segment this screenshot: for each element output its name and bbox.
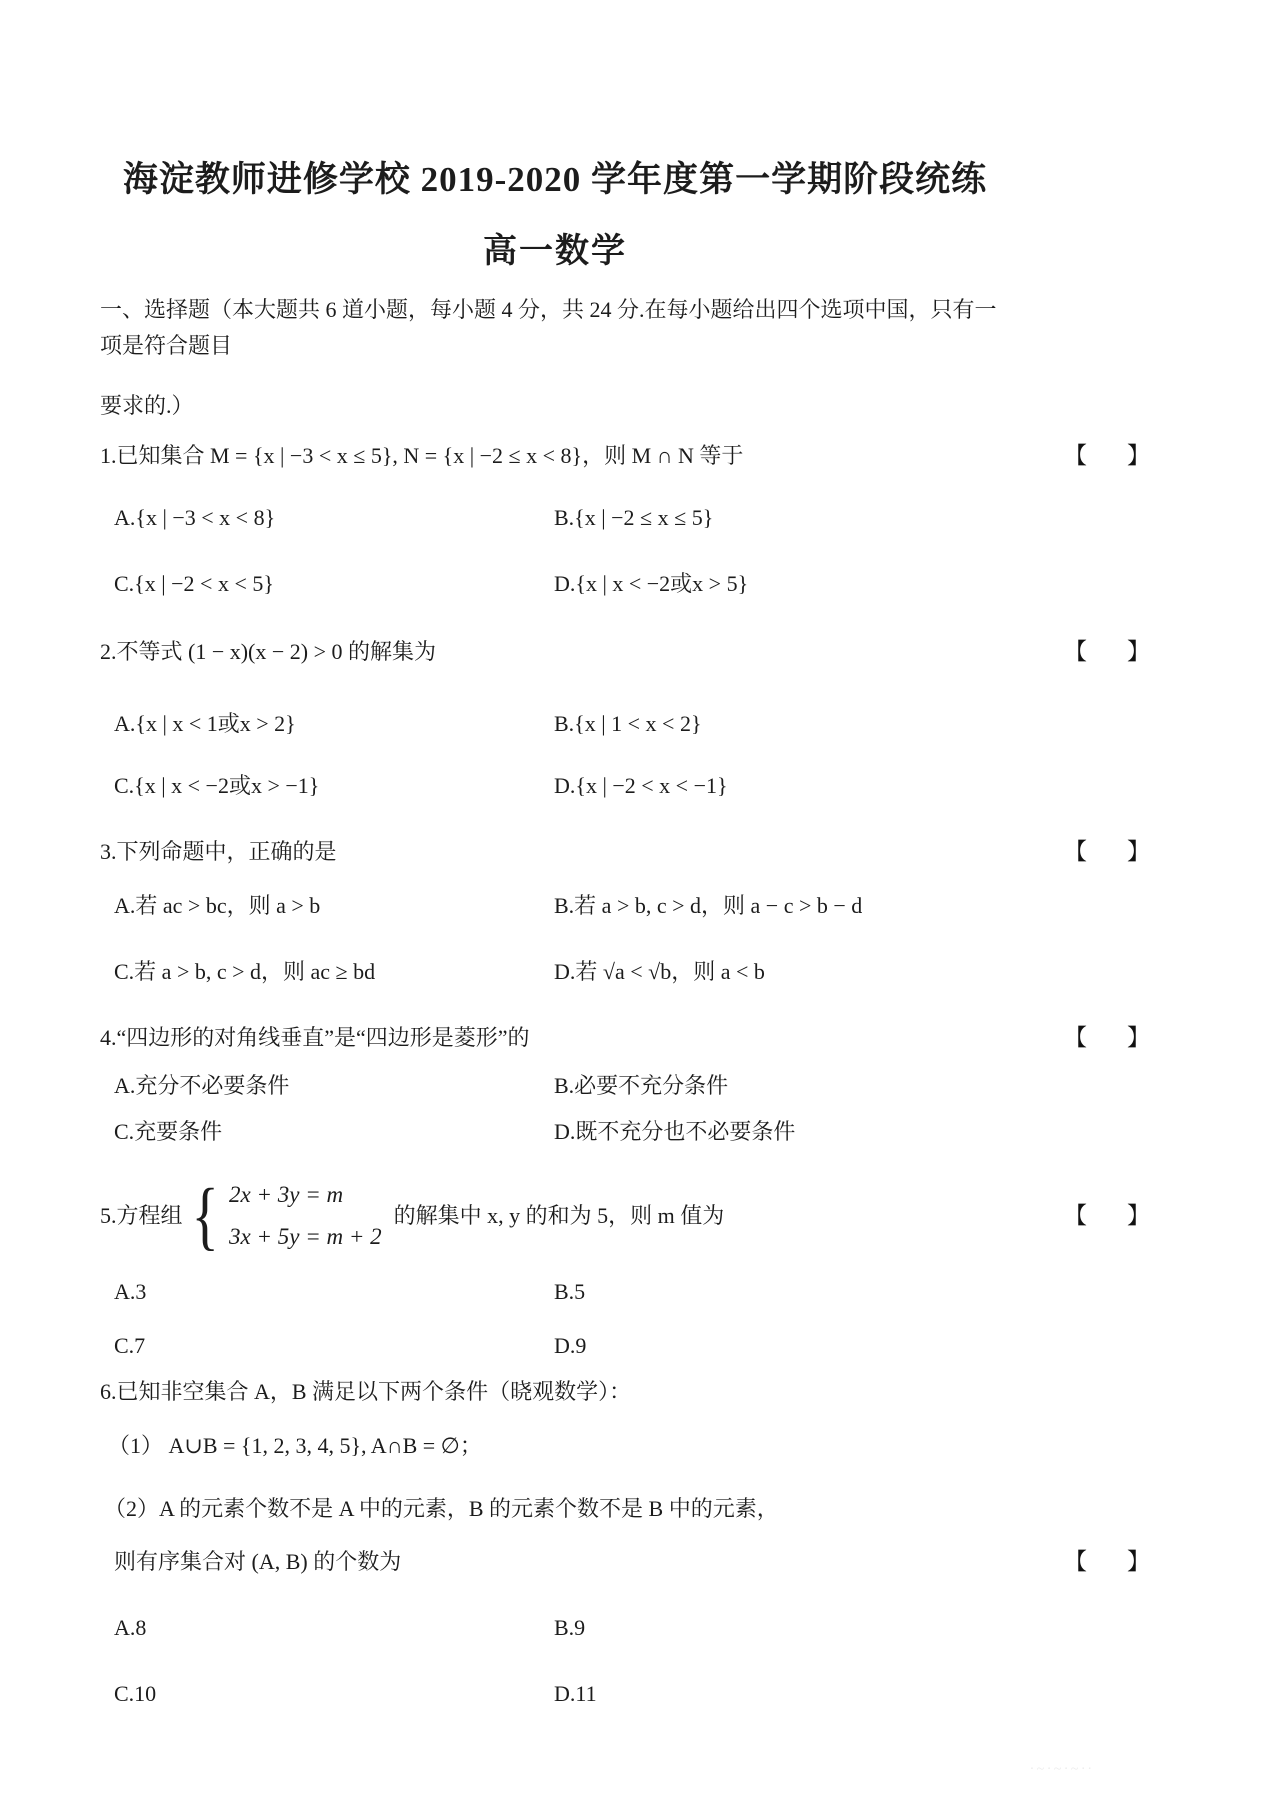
scan-artifact-mark: ·~·~·~·· xyxy=(1030,1762,1094,1778)
bracket-close: 】 xyxy=(1127,1198,1150,1234)
bracket-open: 【 xyxy=(1064,1198,1087,1234)
question-2-option-c: C.{x | x < −2或x > −1} xyxy=(114,768,554,804)
question-3-option-a: A.若 ac > bc，则 a > b xyxy=(114,888,554,924)
question-3-option-d: D.若 √a < √b，则 a < b xyxy=(554,954,1160,990)
bracket-open: 【 xyxy=(1064,438,1087,474)
bracket-close: 】 xyxy=(1127,1020,1150,1056)
bracket-open: 【 xyxy=(1064,1020,1087,1056)
question-5-option-c: C.7 xyxy=(114,1328,554,1364)
question-5-equations: 2x + 3y = m 3x + 5y = m + 2 xyxy=(229,1174,382,1258)
question-6-condition-2: （2）A 的元素个数不是 A 中的元素，B 的元素个数不是 B 中的元素， xyxy=(100,1491,1160,1527)
bracket-open: 【 xyxy=(1064,634,1087,670)
question-4-option-d: D.既不充分也不必要条件 xyxy=(554,1114,1160,1150)
bracket-close: 】 xyxy=(1127,438,1150,474)
question-3-answer-bracket: 【 】 xyxy=(1064,834,1150,870)
question-4-option-a: A.充分不必要条件 xyxy=(114,1068,554,1104)
question-1-option-b: B.{x | −2 ≤ x ≤ 5} xyxy=(554,500,1160,536)
question-6-stem-line1: 6.已知非空集合 A，B 满足以下两个条件（晓观数学）： xyxy=(100,1374,1160,1410)
question-4-option-b: B.必要不充分条件 xyxy=(554,1068,1160,1104)
section-instruction-line2: 要求的.） xyxy=(100,388,1010,424)
bracket-close: 】 xyxy=(1127,834,1150,870)
question-4-stem-row: 4.“四边形的对角线垂直”是“四边形是菱形”的 【 】 xyxy=(100,1020,1160,1056)
exam-page: 海淀教师进修学校 2019-2020 学年度第一学期阶段统练 高一数学 一、选择… xyxy=(100,156,1160,1712)
question-5-option-a: A.3 xyxy=(114,1274,554,1310)
page-title: 海淀教师进修学校 2019-2020 学年度第一学期阶段统练 xyxy=(100,156,1010,204)
question-5-equation-2: 3x + 5y = m + 2 xyxy=(229,1216,382,1258)
question-5-answer-bracket: 【 】 xyxy=(1064,1198,1150,1234)
question-6-answer-bracket: 【 】 xyxy=(1064,1544,1150,1580)
bracket-close: 】 xyxy=(1127,634,1150,670)
question-5-equation-1: 2x + 3y = m xyxy=(229,1174,382,1216)
question-4-stem: 4.“四边形的对角线垂直”是“四边形是菱形”的 xyxy=(100,1025,530,1050)
question-2-answer-bracket: 【 】 xyxy=(1064,634,1150,670)
question-5-options-row-1: A.3 B.5 xyxy=(100,1274,1160,1310)
question-6-options-row-1: A.8 B.9 xyxy=(100,1610,1160,1646)
question-3-option-b: B.若 a > b, c > d，则 a − c > b − d xyxy=(554,888,1160,924)
question-6-option-c: C.10 xyxy=(114,1676,554,1712)
question-3-options-row-1: A.若 ac > bc，则 a > b B.若 a > b, c > d，则 a… xyxy=(100,888,1160,924)
question-1-options-row-1: A.{x | −3 < x < 8} B.{x | −2 ≤ x ≤ 5} xyxy=(100,500,1160,536)
question-3-options-row-2: C.若 a > b, c > d，则 ac ≥ bd D.若 √a < √b，则… xyxy=(100,954,1160,990)
question-2-option-a: A.{x | x < 1或x > 2} xyxy=(114,706,554,742)
question-4-option-c: C.充要条件 xyxy=(114,1114,554,1150)
question-1-answer-bracket: 【 】 xyxy=(1064,438,1150,474)
page-subtitle: 高一数学 xyxy=(100,228,1010,276)
question-1-options-row-2: C.{x | −2 < x < 5} D.{x | x < −2或x > 5} xyxy=(100,566,1160,602)
question-4-answer-bracket: 【 】 xyxy=(1064,1020,1150,1056)
question-5-options-row-2: C.7 D.9 xyxy=(100,1328,1160,1364)
question-5-stem-suffix: 的解集中 x, y 的和为 5，则 m 值为 xyxy=(394,1198,725,1234)
question-2-stem-row: 2.不等式 (1 − x)(x − 2) > 0 的解集为 【 】 xyxy=(100,634,1160,670)
question-2-options-row-2: C.{x | x < −2或x > −1} D.{x | −2 < x < −1… xyxy=(100,768,1160,804)
question-3-stem-row: 3.下列命题中，正确的是 【 】 xyxy=(100,834,1160,870)
question-1-option-d: D.{x | x < −2或x > 5} xyxy=(554,566,1160,602)
question-2-stem: 2.不等式 (1 − x)(x − 2) > 0 的解集为 xyxy=(100,639,436,664)
question-5-option-b: B.5 xyxy=(554,1274,1160,1310)
question-5-stem-prefix: 5.方程组 xyxy=(100,1198,183,1234)
question-1-option-a: A.{x | −3 < x < 8} xyxy=(114,500,554,536)
question-6-condition-1: （1） A∪B = {1, 2, 3, 4, 5}, A∩B = ∅； xyxy=(100,1428,1160,1464)
question-6-options-row-2: C.10 D.11 xyxy=(100,1676,1160,1712)
question-4-options-row-1: A.充分不必要条件 B.必要不充分条件 xyxy=(100,1068,1160,1104)
question-1-option-c: C.{x | −2 < x < 5} xyxy=(114,566,554,602)
question-1-stem: 1.已知集合 M = {x | −3 < x ≤ 5}, N = {x | −2… xyxy=(100,443,743,468)
question-2-option-d: D.{x | −2 < x < −1} xyxy=(554,768,1160,804)
question-1-stem-row: 1.已知集合 M = {x | −3 < x ≤ 5}, N = {x | −2… xyxy=(100,438,1160,474)
question-3-option-c: C.若 a > b, c > d，则 ac ≥ bd xyxy=(114,954,554,990)
question-6-option-a: A.8 xyxy=(114,1610,554,1646)
section-instruction-line1: 一、选择题（本大题共 6 道小题，每小题 4 分，共 24 分.在每小题给出四个… xyxy=(100,292,1010,364)
question-3-stem: 3.下列命题中，正确的是 xyxy=(100,839,337,864)
question-2-options-row-1: A.{x | x < 1或x > 2} B.{x | 1 < x < 2} xyxy=(100,706,1160,742)
bracket-open: 【 xyxy=(1064,1544,1087,1580)
bracket-close: 】 xyxy=(1127,1544,1150,1580)
question-6-option-d: D.11 xyxy=(554,1676,1160,1712)
bracket-open: 【 xyxy=(1064,834,1087,870)
system-brace: { xyxy=(191,1172,218,1260)
question-4-options-row-2: C.充要条件 D.既不充分也不必要条件 xyxy=(100,1114,1160,1150)
question-6-stem-line4: 则有序集合对 (A, B) 的个数为 xyxy=(114,1549,401,1574)
question-5-stem-row: 5.方程组 { 2x + 3y = m 3x + 5y = m + 2 的解集中… xyxy=(100,1172,1160,1260)
question-6-stem-line4-row: 则有序集合对 (A, B) 的个数为 【 】 xyxy=(100,1544,1160,1580)
question-2-option-b: B.{x | 1 < x < 2} xyxy=(554,706,1160,742)
question-5-option-d: D.9 xyxy=(554,1328,1160,1364)
question-6-option-b: B.9 xyxy=(554,1610,1160,1646)
